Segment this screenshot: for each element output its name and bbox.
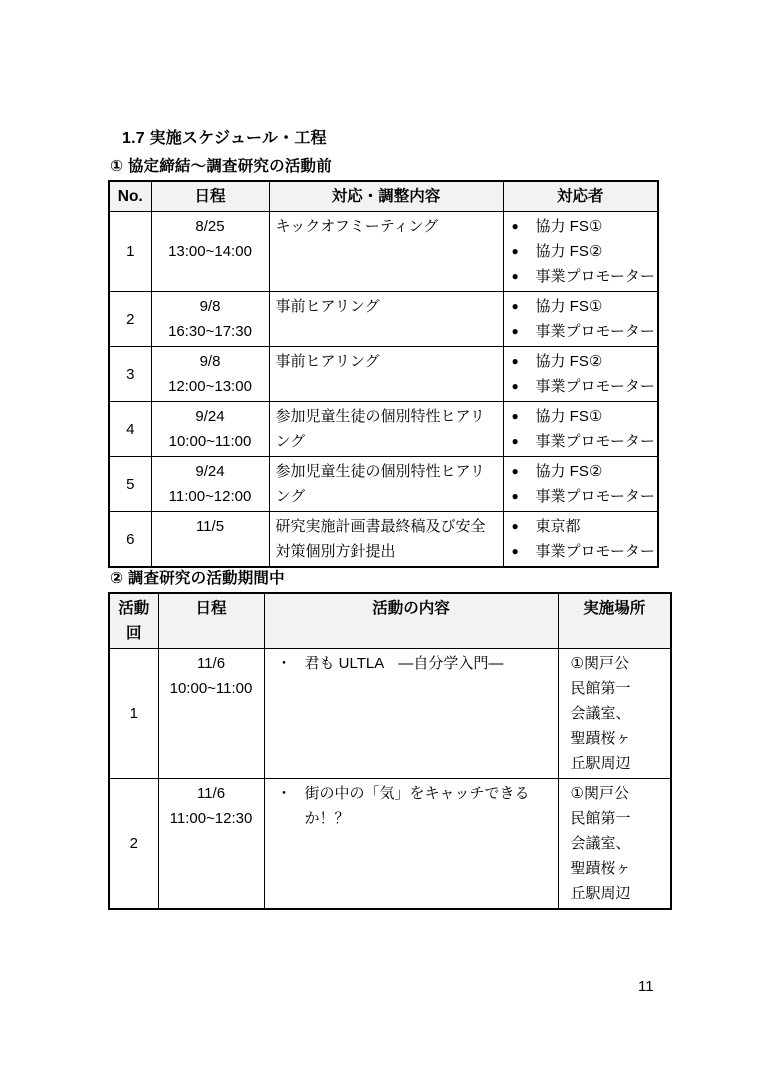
place-cell: ①関戸公民館第一会議室、聖蹟桜ヶ丘駅周辺 [558, 779, 671, 910]
person-name: 事業プロモーター [536, 264, 655, 289]
person-name: 事業プロモーター [536, 429, 655, 454]
content-cell: キックオフミーティング [269, 212, 503, 292]
place-cell: ①関戸公民館第一会議室、聖蹟桜ヶ丘駅周辺 [558, 649, 671, 779]
persons-cell: ●協力 FS②●事業プロモーター [503, 347, 658, 402]
date-text: 8/25 [152, 214, 269, 239]
date-text: 11/6 [159, 781, 264, 806]
row-number: 6 [109, 512, 151, 568]
person-item: ●協力 FS① [512, 404, 656, 429]
date-cell: 8/2513:00~14:00 [151, 212, 269, 292]
table2-col-header-activity: 活動の内容 [264, 593, 558, 649]
bullet-icon: ● [512, 514, 536, 539]
bullet-icon: ● [512, 239, 536, 264]
table2-header-row: 活動回 日程 活動の内容 実施場所 [109, 593, 671, 649]
row-number: 5 [109, 457, 151, 512]
table1-col-header-no: No. [109, 181, 151, 212]
row-number: 2 [109, 292, 151, 347]
table2-header: 活動回 日程 活動の内容 実施場所 [109, 593, 671, 649]
time-text: 16:30~17:30 [152, 319, 269, 344]
page-number: 11 [638, 978, 654, 995]
person-name: 事業プロモーター [536, 319, 655, 344]
activity-line: か！？ [305, 806, 554, 831]
bullet-icon: ● [512, 264, 536, 289]
table-row: 611/5研究実施計画書最終稿及び安全対策個別方針提出●東京都●事業プロモーター [109, 512, 658, 568]
section1-heading: ① 協定締結～調査研究の活動前 [110, 154, 332, 176]
row-number: 4 [109, 402, 151, 457]
persons-cell: ●協力 FS①●事業プロモーター [503, 402, 658, 457]
person-name: 東京都 [536, 514, 581, 539]
bullet-icon: ● [512, 374, 536, 399]
person-item: ●事業プロモーター [512, 429, 656, 454]
table2-col-header-session: 活動回 [109, 593, 158, 649]
time-text: 13:00~14:00 [152, 239, 269, 264]
document-page: 1.7 実施スケジュール・工程 ① 協定締結～調査研究の活動前 No. 日程 対… [0, 0, 768, 1087]
person-item: ●事業プロモーター [512, 484, 656, 509]
activity-cell: ・街の中の「気」をキャッチできるか！？ [264, 779, 558, 910]
content-cell: 研究実施計画書最終稿及び安全対策個別方針提出 [269, 512, 503, 568]
person-name: 事業プロモーター [536, 484, 655, 509]
section2-heading: ② 調査研究の活動期間中 [110, 566, 285, 588]
table-row: 18/2513:00~14:00キックオフミーティング●協力 FS①●協力 FS… [109, 212, 658, 292]
bullet-icon: ● [512, 349, 536, 374]
time-text: 11:00~12:00 [152, 484, 269, 509]
table2-col-header-place: 実施場所 [558, 593, 671, 649]
session-number: 2 [109, 779, 158, 910]
table-row: 211/611:00~12:30・街の中の「気」をキャッチできるか！？①関戸公民… [109, 779, 671, 910]
person-item: ●協力 FS② [512, 349, 656, 374]
person-name: 協力 FS① [536, 214, 603, 239]
date-text: 9/24 [152, 459, 269, 484]
table1-col-header-persons: 対応者 [503, 181, 658, 212]
table-row: 29/816:30~17:30事前ヒアリング●協力 FS①●事業プロモーター [109, 292, 658, 347]
date-cell: 9/812:00~13:00 [151, 347, 269, 402]
activity-text: 街の中の「気」をキャッチできるか！？ [305, 781, 554, 831]
activity-item: ・君も ULTLA ―自分学入門― [277, 651, 554, 676]
person-item: ●事業プロモーター [512, 319, 656, 344]
bullet-icon: ・ [277, 651, 305, 676]
date-text: 11/5 [152, 514, 269, 539]
person-name: 事業プロモーター [536, 374, 655, 399]
date-cell: 11/611:00~12:30 [158, 779, 264, 910]
time-text: 10:00~11:00 [159, 676, 264, 701]
table1-header-row: No. 日程 対応・調整内容 対応者 [109, 181, 658, 212]
persons-cell: ●東京都●事業プロモーター [503, 512, 658, 568]
date-text: 9/8 [152, 349, 269, 374]
date-text: 9/24 [152, 404, 269, 429]
person-name: 協力 FS② [536, 239, 603, 264]
person-item: ●事業プロモーター [512, 539, 656, 564]
table-row: 49/2410:00~11:00参加児童生徒の個別特性ヒアリング●協力 FS①●… [109, 402, 658, 457]
table1-body: 18/2513:00~14:00キックオフミーティング●協力 FS①●協力 FS… [109, 212, 658, 568]
person-item: ●事業プロモーター [512, 374, 656, 399]
table-row: 59/2411:00~12:00参加児童生徒の個別特性ヒアリング●協力 FS②●… [109, 457, 658, 512]
table1-header: No. 日程 対応・調整内容 対応者 [109, 181, 658, 212]
person-item: ●協力 FS① [512, 214, 656, 239]
row-number: 3 [109, 347, 151, 402]
person-item: ●協力 FS① [512, 294, 656, 319]
person-item: ●協力 FS② [512, 239, 656, 264]
date-text: 11/6 [159, 651, 264, 676]
date-cell: 9/2411:00~12:00 [151, 457, 269, 512]
time-text: 10:00~11:00 [152, 429, 269, 454]
person-name: 協力 FS② [536, 459, 603, 484]
bullet-icon: ● [512, 294, 536, 319]
person-name: 協力 FS① [536, 294, 603, 319]
bullet-icon: ● [512, 484, 536, 509]
activity-period-table: 活動回 日程 活動の内容 実施場所 111/610:00~11:00・君も UL… [108, 592, 672, 910]
person-item: ●事業プロモーター [512, 264, 656, 289]
bullet-icon: ● [512, 459, 536, 484]
persons-cell: ●協力 FS①●事業プロモーター [503, 292, 658, 347]
date-cell: 9/816:30~17:30 [151, 292, 269, 347]
table-row: 111/610:00~11:00・君も ULTLA ―自分学入門―①関戸公民館第… [109, 649, 671, 779]
date-cell: 9/2410:00~11:00 [151, 402, 269, 457]
table-row: 39/812:00~13:00事前ヒアリング●協力 FS②●事業プロモーター [109, 347, 658, 402]
table2-body: 111/610:00~11:00・君も ULTLA ―自分学入門―①関戸公民館第… [109, 649, 671, 910]
activity-text: 君も ULTLA ―自分学入門― [305, 651, 554, 676]
table2-col-header-date: 日程 [158, 593, 264, 649]
table1-col-header-date: 日程 [151, 181, 269, 212]
activity-line: 街の中の「気」をキャッチできる [305, 781, 554, 806]
date-cell: 11/610:00~11:00 [158, 649, 264, 779]
person-name: 事業プロモーター [536, 539, 655, 564]
activity-item: ・街の中の「気」をキャッチできるか！？ [277, 781, 554, 831]
content-cell: 参加児童生徒の個別特性ヒアリング [269, 457, 503, 512]
row-number: 1 [109, 212, 151, 292]
bullet-icon: ● [512, 214, 536, 239]
page-title: 1.7 実施スケジュール・工程 [122, 125, 327, 148]
bullet-icon: ● [512, 429, 536, 454]
pre-activity-schedule-table: No. 日程 対応・調整内容 対応者 18/2513:00~14:00キックオフ… [108, 180, 659, 568]
content-cell: 参加児童生徒の個別特性ヒアリング [269, 402, 503, 457]
content-cell: 事前ヒアリング [269, 292, 503, 347]
time-text: 11:00~12:30 [159, 806, 264, 831]
activity-cell: ・君も ULTLA ―自分学入門― [264, 649, 558, 779]
person-item: ●協力 FS② [512, 459, 656, 484]
person-item: ●東京都 [512, 514, 656, 539]
activity-line: 君も ULTLA ―自分学入門― [305, 651, 554, 676]
person-name: 協力 FS② [536, 349, 603, 374]
time-text: 12:00~13:00 [152, 374, 269, 399]
persons-cell: ●協力 FS①●協力 FS②●事業プロモーター [503, 212, 658, 292]
person-name: 協力 FS① [536, 404, 603, 429]
persons-cell: ●協力 FS②●事業プロモーター [503, 457, 658, 512]
bullet-icon: ● [512, 404, 536, 429]
content-cell: 事前ヒアリング [269, 347, 503, 402]
date-text: 9/8 [152, 294, 269, 319]
bullet-icon: ● [512, 319, 536, 344]
date-cell: 11/5 [151, 512, 269, 568]
bullet-icon: ● [512, 539, 536, 564]
bullet-icon: ・ [277, 781, 305, 806]
table1-col-header-content: 対応・調整内容 [269, 181, 503, 212]
session-number: 1 [109, 649, 158, 779]
